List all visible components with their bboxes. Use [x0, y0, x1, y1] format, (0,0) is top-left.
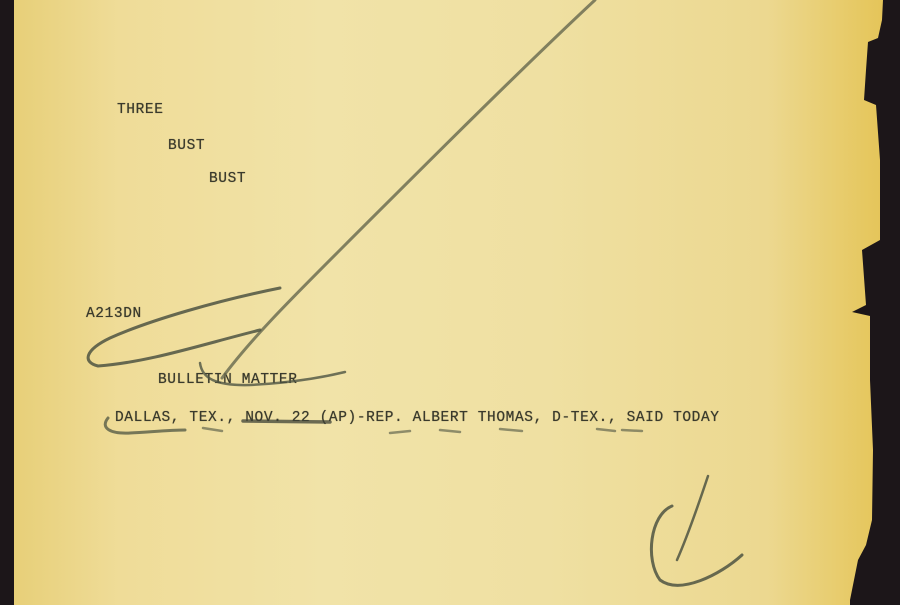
typed-line-three: THREE [117, 102, 164, 118]
typed-line-bust-2: BUST [209, 171, 246, 187]
dateline-text: DALLAS, TEX., NOV. 22 (AP)-REP. ALBERT T… [115, 410, 720, 426]
bulletin-heading: BULLETIN MATTER [158, 372, 298, 388]
typed-line-bust-1: BUST [168, 138, 205, 154]
slug-code: A213DN [86, 306, 142, 322]
paper-sheet [13, 0, 900, 605]
